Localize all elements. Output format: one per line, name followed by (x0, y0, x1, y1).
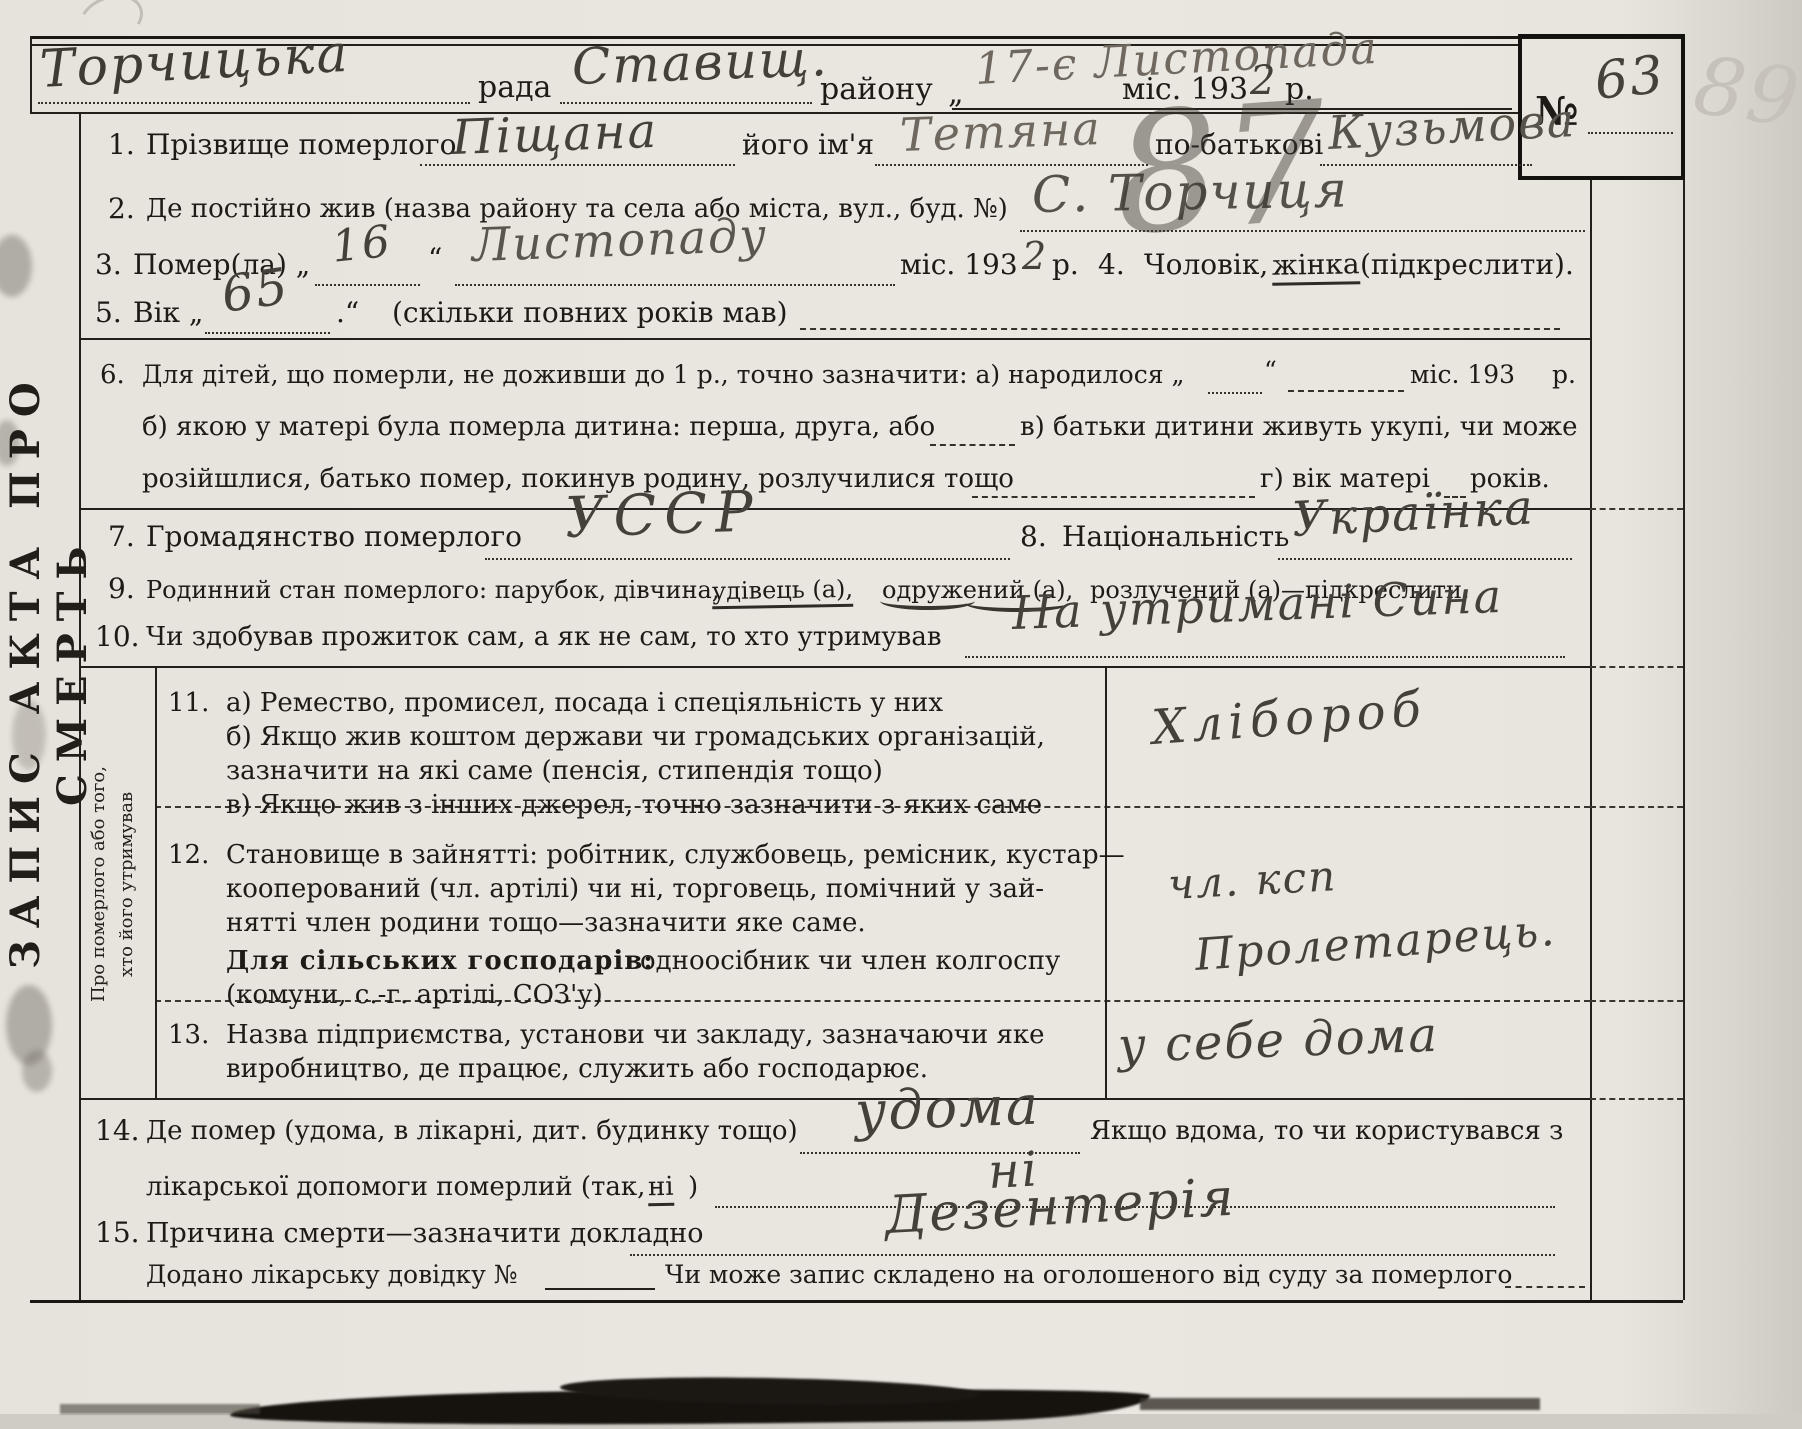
handwritten-supporter: На утримані Сина (1011, 569, 1504, 640)
q12-line2: кооперований (чл. артілі) чи ні, торгове… (226, 874, 1044, 904)
side-label-line2: хто його утримував (116, 672, 137, 1096)
q12-line5: (комуни, с.-г. артілі, СОЗ'у) (226, 980, 603, 1010)
leader-line (38, 102, 470, 104)
q11-number: 11. (168, 688, 209, 718)
q1-name-label: його ім'я (742, 128, 874, 161)
row-line-under-q10 (79, 666, 1590, 668)
leader-line (930, 444, 1015, 446)
rada-label: рада (478, 70, 551, 105)
margin-dash (1590, 1000, 1683, 1002)
left-outer-border (30, 36, 32, 114)
footer-label1: Додано лікарську довідку № (146, 1260, 517, 1289)
q6-line-b2: в) батьки дитини живуть укупі, чи може (1020, 412, 1578, 442)
handwritten-employment-2: Пролетарець. (1193, 905, 1558, 981)
q14-label2: Якщо вдома, то чи користувався з (1090, 1116, 1563, 1146)
leader-line (560, 102, 812, 104)
leader-line (315, 284, 420, 286)
handwritten-nationality: Українка (1291, 479, 1537, 548)
q5-age-close: .“ (336, 296, 359, 329)
handwritten-age: 65 (218, 257, 293, 324)
vertical-title: ЗАПИС АКТА ПРО СМЕРТЬ (2, 240, 96, 1100)
q12-line3: нятті член родини тощо—зазначити яке сам… (226, 908, 866, 938)
q10-number: 10. (95, 620, 140, 653)
q7-label: Громадянство померлого (146, 520, 522, 553)
q15-number: 15. (95, 1216, 140, 1249)
q6-number: 6. (100, 360, 125, 390)
side-label-divider (155, 666, 157, 1098)
raionu-label: району (820, 72, 933, 107)
footer-label2: Чи може запис складено на оголошеного ві… (665, 1260, 1512, 1289)
blank-line (545, 1288, 655, 1290)
q3-r-label: р. (1052, 248, 1079, 281)
leader-line (205, 332, 330, 334)
bottom-frame-line (30, 1300, 1683, 1303)
leader-line (965, 656, 1565, 658)
margin-dash (1590, 1098, 1683, 1100)
q5-rest-label: (скільки повних років мав) (392, 296, 788, 329)
right-inner-border (1590, 178, 1592, 1300)
q13-line2: виробництво, де працює, служить або госп… (226, 1054, 928, 1084)
q14-number: 14. (95, 1114, 140, 1147)
q1-surname-label: Прізвище померлого (146, 128, 456, 161)
q4-underline-note: (підкреслити). (1360, 248, 1574, 281)
leader-line (1278, 558, 1572, 560)
handwritten-death-year-digit: 2 (1022, 234, 1048, 278)
handwritten-workplace: у себе дома (1117, 1007, 1440, 1074)
leader-line (630, 1254, 1555, 1256)
hand-squiggle (880, 592, 975, 610)
handwritten-death-cause: Дезентерія (883, 1168, 1237, 1246)
q10-label: Чи здобував прожиток сам, а як не сам, т… (146, 622, 941, 652)
q11-line-b: б) Якщо жив коштом держави чи громадськи… (226, 722, 1045, 752)
handwritten-death-place: удома (854, 1074, 1041, 1143)
q13-line1: Назва підприємства, установи чи закладу,… (226, 1020, 1044, 1050)
q12-line4-rest: одноосібник чи член колгоспу (640, 946, 1060, 976)
answer-column-divider (1105, 666, 1107, 1098)
side-label-line1: Про померлого або того, (88, 672, 109, 1096)
leader-line (972, 496, 1255, 498)
pencil-corner-number: 89 (1689, 38, 1802, 145)
leader-line (1588, 132, 1673, 134)
q3-mis-label: міс. 193 (900, 248, 1018, 281)
q6-close-quote: “ (1264, 356, 1277, 385)
q1-number: 1. (108, 128, 135, 161)
q8-number: 8. (1020, 520, 1047, 553)
handwritten-citizenship: УССР (564, 479, 762, 551)
q12-line1: Становище в зайнятті: робітник, службове… (226, 840, 1125, 870)
q14-ni-underlined: ні (648, 1172, 674, 1206)
q5-age-open: Вік „ (133, 296, 203, 329)
torn-bottom-edge (60, 1404, 260, 1414)
q14-label3-pre: лікарської допомоги померлий (так, (146, 1172, 645, 1202)
q6-line-b: б) якою у матері була померла дитина: пе… (142, 412, 935, 442)
margin-dash (1590, 508, 1683, 510)
margin-dash (1590, 666, 1683, 668)
q9-label-pre: Родинний стан померлого: парубок, дівчин… (146, 576, 719, 604)
q13-number: 13. (168, 1020, 209, 1050)
row-line-under-q5 (79, 338, 1590, 340)
row-line-under-q13 (79, 1098, 1590, 1100)
q3-number: 3. (95, 248, 122, 281)
q2-number: 2. (108, 192, 135, 225)
q5-number: 5. (95, 296, 122, 329)
q11-line-a: а) Ремество, промисел, посада і спеціяль… (226, 688, 943, 718)
margin-dash (1590, 806, 1683, 808)
q6-r-label: р. (1552, 360, 1576, 389)
q8-label: Національність (1062, 520, 1289, 553)
handwritten-surname: Піщана (451, 103, 659, 166)
q15-label: Причина смерти—зазначити докладно (146, 1218, 704, 1249)
handwritten-first-name: Тетяна (899, 101, 1102, 162)
leader-line (1208, 392, 1262, 394)
leader-line (800, 328, 1560, 330)
q7-number: 7. (108, 520, 135, 553)
leader-line (1320, 164, 1532, 166)
leader-line (1288, 390, 1404, 392)
q11-line-b2: зазначити на які саме (пенсія, стипендія… (226, 756, 883, 786)
q11-line-c: в) Якщо жив з інших джерел, точно зазнач… (226, 790, 1042, 820)
handwritten-employment-1: чл. ксп (1167, 851, 1339, 909)
document-page: ЗАПИС АКТА ПРО СМЕРТЬ Про померлого або … (0, 0, 1802, 1414)
torn-bottom-edge (1140, 1398, 1540, 1410)
right-outer-border (1683, 36, 1685, 1300)
q9-widowed-underlined: удівець (а), (712, 575, 854, 609)
q12-line4-bold: Для сільських господарів: (226, 946, 654, 976)
q6-line-a: Для дітей, що померли, не доживши до 1 р… (142, 360, 1184, 389)
handwritten-rada-name: Ставищ. (571, 29, 830, 96)
handwritten-death-day: 16 (329, 216, 394, 273)
q6-mis-label: міс. 193 (1410, 360, 1515, 389)
leader-line (455, 284, 895, 286)
q3-close-quote: “ (428, 242, 442, 275)
handwritten-death-month: Листопаду (471, 208, 769, 272)
handwritten-occupation: Хлібороб (1150, 681, 1428, 756)
handwritten-record-number: 63 (1592, 45, 1668, 112)
q14-label1: Де помер (удома, в лікарні, дит. будинку… (146, 1116, 798, 1146)
q14-label3-post: ) (688, 1172, 698, 1202)
leader-line (485, 558, 1010, 560)
q9-number: 9. (108, 572, 135, 605)
q12-number: 12. (168, 840, 209, 870)
leader-line (1505, 1286, 1585, 1288)
pencil-big-number: 87 (1108, 65, 1335, 271)
